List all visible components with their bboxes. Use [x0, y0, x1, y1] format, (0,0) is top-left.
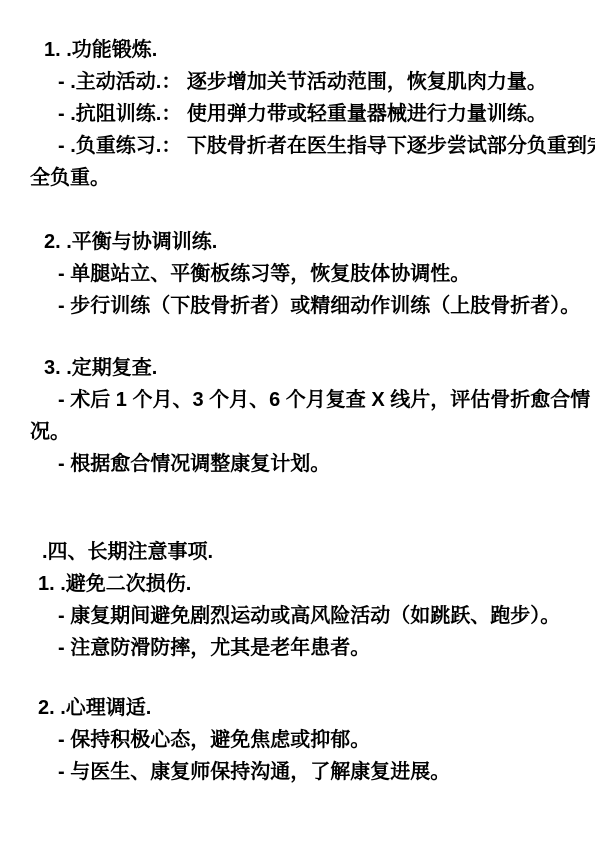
bullet-xray-review-line2: 况。: [30, 416, 569, 448]
bullet-resistance-training: - .抗阻训练.： 使用弹力带或轻重量器械进行力量训练。: [30, 98, 569, 130]
section-title-functional-exercise: 1. .功能锻炼.: [30, 34, 569, 66]
bullet-anti-slip-fall: - 注意防滑防摔，尤其是老年患者。: [30, 632, 569, 664]
item-title-avoid-secondary-injury: 1. .避免二次损伤.: [30, 568, 569, 600]
section-title-regular-review: 3. .定期复查.: [30, 352, 569, 384]
section-title-balance-coordination: 2. .平衡与协调训练.: [30, 226, 569, 258]
item-title-psychological-adjustment: 2. .心理调适.: [30, 692, 569, 724]
bullet-active-movement: - .主动活动.： 逐步增加关节活动范围，恢复肌肉力量。: [30, 66, 569, 98]
bullet-walking-training: - 步行训练（下肢骨折者）或精细动作训练（上肢骨折者）。: [30, 290, 569, 322]
heading-longterm-precautions: .四、长期注意事项.: [30, 536, 569, 568]
bullet-adjust-rehab-plan: - 根据愈合情况调整康复计划。: [30, 448, 569, 480]
bullet-xray-review-line1: - 术后 1 个月、3 个月、6 个月复查 X 线片，评估骨折愈合情: [30, 384, 569, 416]
bullet-avoid-intense-exercise: - 康复期间避免剧烈运动或高风险活动（如跳跃、跑步）。: [30, 600, 569, 632]
bullet-weight-bearing-line1: - .负重练习.： 下肢骨折者在医生指导下逐步尝试部分负重到完: [30, 130, 569, 162]
bullet-communicate-with-doctor: - 与医生、康复师保持沟通，了解康复进展。: [30, 756, 569, 788]
bullet-weight-bearing-line2: 全负重。: [30, 162, 569, 194]
bullet-single-leg-stand: - 单腿站立、平衡板练习等，恢复肢体协调性。: [30, 258, 569, 290]
bullet-positive-mindset: - 保持积极心态，避免焦虑或抑郁。: [30, 724, 569, 756]
document-page: 1. .功能锻炼. - .主动活动.： 逐步增加关节活动范围，恢复肌肉力量。 -…: [0, 0, 595, 841]
